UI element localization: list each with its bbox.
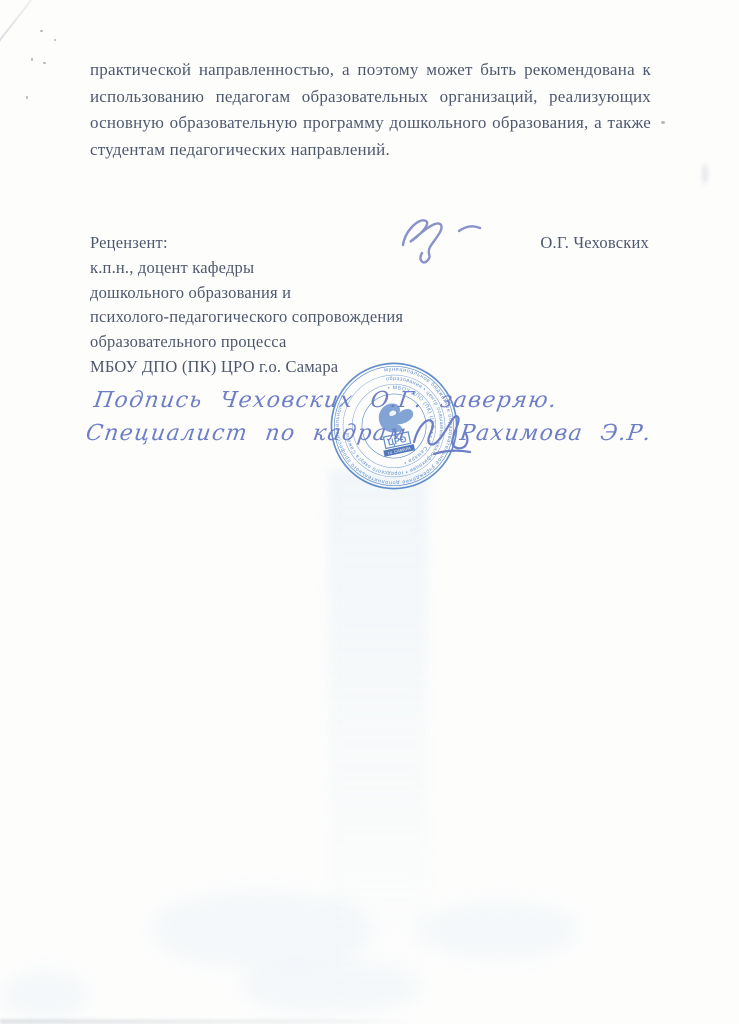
bleed-blotch [240,960,420,1015]
scan-speck [40,30,43,32]
scan-speck [661,121,665,124]
paragraph-line: студентам педагогических направлений. [90,137,651,164]
body-paragraph: практической направленностью, а поэтому … [90,57,651,163]
paragraph-line: использованию педагогам образовательных … [90,84,651,111]
credential-line: психолого-педагогического сопровождения [90,305,403,330]
reviewer-label: Рецензент: [90,231,403,256]
specialist-signature [404,396,494,466]
scan-crease-artifact [0,0,60,64]
credential-line: образовательного процесса [90,330,403,355]
paragraph-line: практической направленностью, а поэтому … [90,57,651,84]
scan-smudge [702,164,708,184]
bleed-blotch [0,970,90,1020]
bleed-blotch [150,890,370,970]
credential-line: дошкольного образования и [90,281,403,306]
reviewer-name: О.Г. Чеховских [540,233,649,253]
credential-line: к.п.н., доцент кафедры [90,256,403,281]
paragraph-line: основную образовательную программу дошко… [90,110,651,137]
scan-speck [54,39,56,41]
scan-bottom-edge [0,1019,430,1024]
scanned-document-page: практической направленностью, а поэтому … [0,0,739,1024]
scan-speck [26,96,28,99]
reviewer-credentials-block: Рецензент: к.п.н., доцент кафедры дошкол… [90,231,403,380]
scan-speck [31,58,33,61]
handwritten-specialist-title: Специалист по кадрам [84,421,409,446]
bleed-blotch [420,900,580,960]
reviewer-signature [393,209,503,269]
scan-speck [43,62,46,64]
